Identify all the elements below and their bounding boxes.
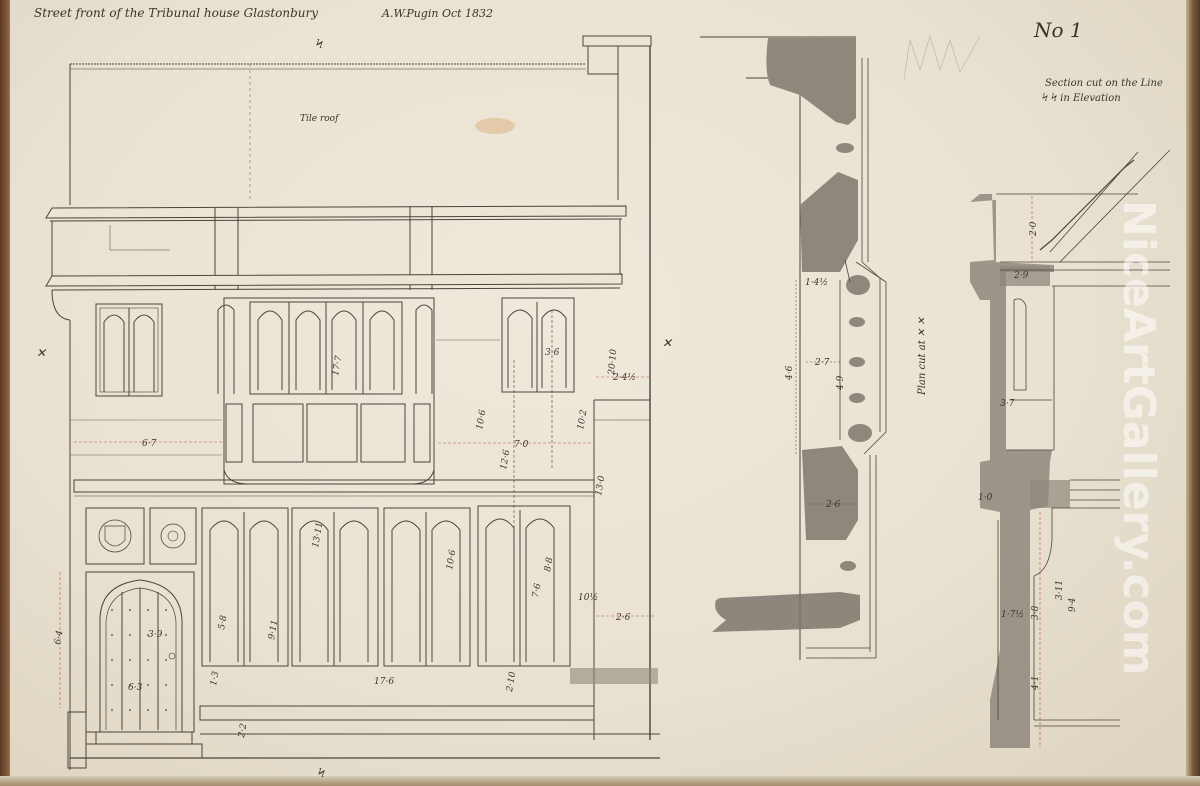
svg-text:12·6: 12·6	[499, 449, 512, 471]
svg-text:9·4: 9·4	[1068, 597, 1078, 612]
svg-text:2·6: 2·6	[825, 500, 841, 510]
svg-text:10·6: 10·6	[445, 549, 458, 571]
plan-note: Plan cut at ✕ ✕	[917, 317, 928, 396]
svg-text:Plan cut at ✕ ✕: Plan cut at ✕ ✕	[917, 317, 928, 396]
svg-text:17·7: 17·7	[331, 355, 344, 377]
svg-text:6·4: 6·4	[53, 629, 65, 645]
svg-text:6·3: 6·3	[128, 683, 143, 693]
svg-text:2·0: 2·0	[1029, 221, 1039, 237]
elevation-dimensions: 6·7 17·7 3·6 20·10 2·4½ 10·6 7·0 10·2 12…	[53, 348, 636, 740]
section-note-line1: Section cut on the Line	[1045, 78, 1163, 89]
svg-text:13·11: 13·11	[311, 521, 325, 548]
cross-marker-left: ✕	[36, 346, 47, 360]
svg-text:7·6: 7·6	[531, 582, 543, 598]
oriel-plan: 1·4½ 2·7 4·6 4·9 2·6	[700, 36, 980, 660]
svg-text:5·8: 5·8	[217, 614, 229, 630]
svg-text:NiceArtGallery.com: NiceArtGallery.com	[1113, 200, 1164, 676]
svg-text:2·2: 2·2	[237, 722, 250, 739]
svg-text:3·11: 3·11	[1055, 580, 1065, 600]
sheet-number: No 1	[1033, 18, 1083, 42]
drawing-sheet: Street front of the Tribunal house Glast…	[0, 0, 1200, 786]
section-note-line2: Ϟ Ϟ in Elevation	[1042, 93, 1121, 104]
svg-text:6·7: 6·7	[142, 439, 157, 449]
svg-text:7·0: 7·0	[514, 440, 529, 450]
roof-label: Tile roof	[300, 114, 340, 124]
cross-marker-right: ✕	[662, 336, 673, 350]
svg-text:1·4½: 1·4½	[805, 277, 828, 288]
watermark: NiceArtGallery.com	[1113, 200, 1164, 676]
svg-text:2·6: 2·6	[615, 613, 631, 623]
svg-text:4·6: 4·6	[785, 365, 795, 381]
section-marker-top: Ϟ	[316, 37, 323, 51]
svg-text:10·6: 10·6	[475, 409, 488, 431]
svg-text:10·2: 10·2	[576, 409, 589, 431]
svg-text:13·0: 13·0	[594, 475, 607, 497]
svg-text:3·9: 3·9	[148, 630, 163, 640]
shadow-wash	[570, 668, 658, 684]
svg-text:4·1: 4·1	[1031, 676, 1041, 691]
street-elevation	[46, 36, 660, 770]
svg-text:3·7: 3·7	[1000, 399, 1015, 409]
sheet-title: Street front of the Tribunal house Glast…	[34, 6, 318, 20]
svg-text:1·0: 1·0	[978, 493, 993, 503]
svg-text:3·8: 3·8	[1031, 605, 1041, 620]
svg-text:2·7: 2·7	[814, 358, 830, 368]
svg-text:1·7½: 1·7½	[1001, 609, 1024, 620]
svg-text:1·3: 1·3	[209, 670, 221, 686]
architectural-drawing: Street front of the Tribunal house Glast…	[0, 0, 1200, 786]
svg-text:17·6: 17·6	[374, 677, 394, 687]
svg-text:3·6: 3·6	[545, 348, 560, 358]
section-marker-bottom: Ϟ	[318, 766, 325, 780]
author-date: A.W.Pugin Oct 1832	[381, 7, 493, 20]
svg-text:10½: 10½	[578, 592, 598, 603]
svg-text:2·10: 2·10	[505, 671, 519, 694]
paper-stain	[475, 118, 515, 134]
svg-text:2·4½: 2·4½	[612, 372, 636, 383]
svg-text:2·9: 2·9	[1013, 271, 1029, 281]
svg-text:4·9: 4·9	[836, 375, 846, 391]
